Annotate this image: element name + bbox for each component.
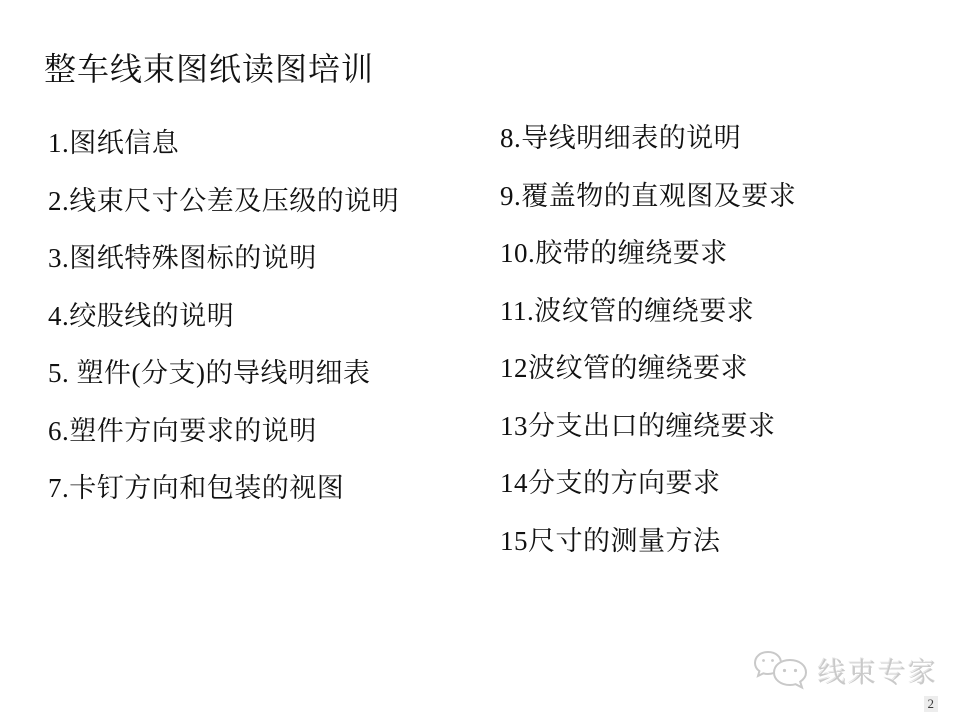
toc-item-text: 7.卡钉方向和包装的视图 (48, 466, 344, 505)
slide: 整车线束图纸读图培训 1.图纸信息 2.线束尺寸公差及压级的说明 3.图纸特殊图… (0, 0, 960, 720)
toc-item: 13分支出口的缠绕要求 (500, 395, 960, 453)
toc-item: 10.胶带的缠绕要求 (500, 222, 960, 280)
toc-right-column: 8.导线明细表的说明 9.覆盖物的直观图及要求 10.胶带的缠绕要求 11.波纹… (500, 107, 960, 567)
page-number: 2 (924, 696, 939, 712)
toc-item: 2.线束尺寸公差及压级的说明 (48, 170, 508, 228)
toc-item-text: 11.波纹管的缠绕要求 (500, 289, 754, 328)
footer-brand: 线束专家 (752, 648, 938, 694)
toc-item-text: 10.胶带的缠绕要求 (500, 231, 728, 270)
toc-item: 5. 塑件(分支)的导线明细表 (48, 342, 508, 400)
toc-item-text: 9.覆盖物的直观图及要求 (500, 174, 796, 213)
toc-item: 15尺寸的测量方法 (500, 510, 960, 568)
toc-item-text: 1.图纸信息 (48, 121, 179, 160)
toc-item-text: 4.绞股线的说明 (48, 294, 234, 333)
brand-text: 线束专家 (818, 651, 938, 691)
toc-item: 6.塑件方向要求的说明 (48, 400, 508, 458)
toc-item: 8.导线明细表的说明 (500, 107, 960, 165)
toc-item: 3.图纸特殊图标的说明 (48, 227, 508, 285)
wechat-bubbles-icon (752, 648, 810, 694)
toc-item-text: 5. 塑件(分支)的导线明细表 (48, 351, 370, 390)
toc-item-text: 6.塑件方向要求的说明 (48, 409, 317, 448)
toc-item-text: 3.图纸特殊图标的说明 (48, 236, 317, 275)
toc-item-text: 8.导线明细表的说明 (500, 116, 741, 155)
toc-item-text: 12波纹管的缠绕要求 (500, 346, 748, 385)
toc-item: 9.覆盖物的直观图及要求 (500, 165, 960, 223)
toc-item: 1.图纸信息 (48, 112, 508, 170)
toc-item: 11.波纹管的缠绕要求 (500, 280, 960, 338)
toc-item-text: 2.线束尺寸公差及压级的说明 (48, 179, 399, 218)
toc-item-text: 14分支的方向要求 (500, 461, 721, 500)
toc-item-text: 13分支出口的缠绕要求 (500, 404, 776, 443)
toc-item: 4.绞股线的说明 (48, 285, 508, 343)
toc-item-text: 15尺寸的测量方法 (500, 519, 721, 558)
toc-item: 14分支的方向要求 (500, 452, 960, 510)
toc-item: 7.卡钉方向和包装的视图 (48, 457, 508, 515)
slide-title: 整车线束图纸读图培训 (44, 50, 374, 88)
toc-left-column: 1.图纸信息 2.线束尺寸公差及压级的说明 3.图纸特殊图标的说明 4.绞股线的… (48, 112, 508, 515)
toc-item: 12波纹管的缠绕要求 (500, 337, 960, 395)
